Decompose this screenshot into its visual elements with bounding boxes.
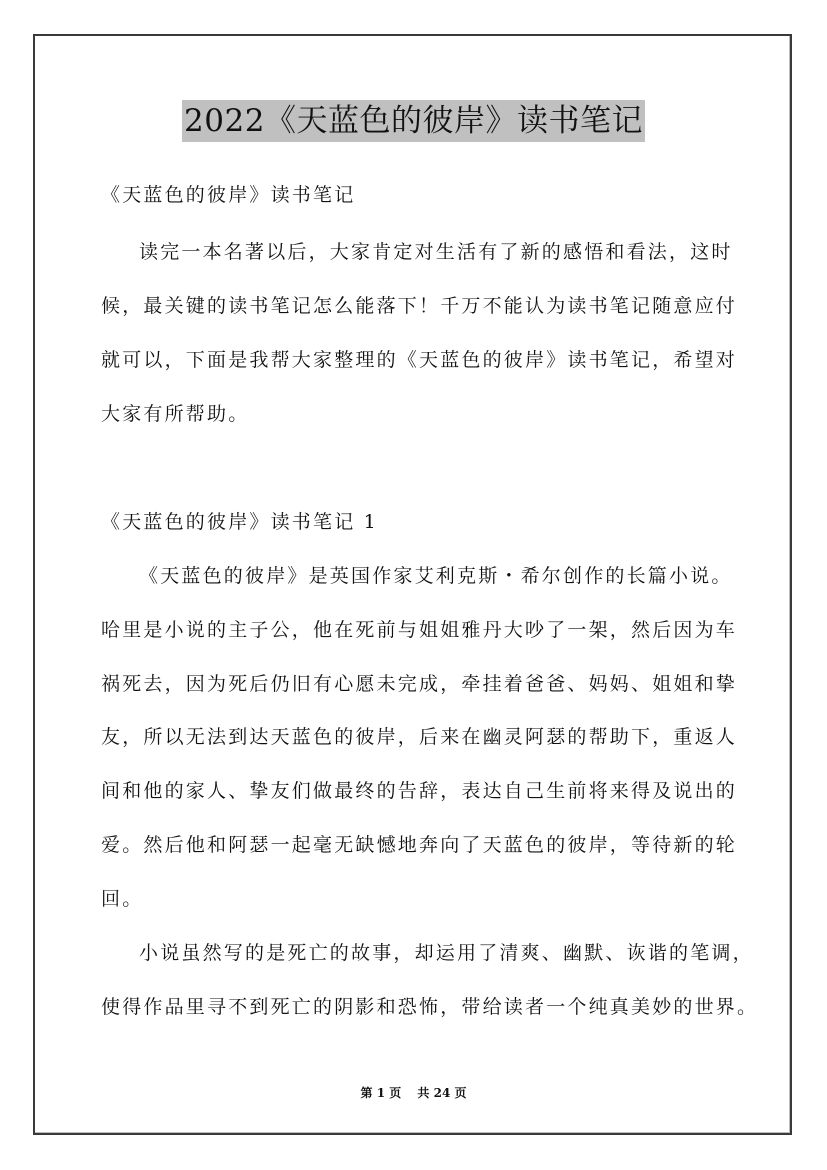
paragraph-line: 回。 [101,884,143,911]
paragraph-line: 友，所以无法到达天蓝色的彼岸，后来在幽灵阿瑟的帮助下，重返人 [101,722,737,749]
page-footer: 第 1 页 共 24 页 [0,1084,827,1101]
intro-line: 读完一本名著以后，大家肯定对生活有了新的感悟和看法，这时 [139,237,733,264]
title-container: 2022《天蓝色的彼岸》读书笔记 [0,100,827,142]
intro-line: 就可以，下面是我帮大家整理的《天蓝色的彼岸》读书笔记，希望对 [101,345,737,372]
page-total: 共 24 页 [417,1086,466,1100]
section-heading: 《天蓝色的彼岸》读书笔记 1 [101,507,378,534]
paragraph-line: 祸死去，因为死后仍旧有心愿未完成，牵挂着爸爸、妈妈、姐姐和挚 [101,669,737,696]
page-number: 第 1 页 [361,1086,402,1100]
paragraph-line: 使得作品里寻不到死亡的阴影和恐怖，带给读者一个纯真美妙的世界。 [101,992,758,1019]
paragraph-line: 《天蓝色的彼岸》是英国作家艾利克斯・希尔创作的长篇小说。 [139,561,733,588]
paragraph-line: 小说虽然写的是死亡的故事，却运用了清爽、幽默、诙谐的笔调， [139,938,754,965]
intro-line: 大家有所帮助。 [101,399,249,426]
subtitle: 《天蓝色的彼岸》读书笔记 [101,180,355,207]
paragraph-line: 爱。然后他和阿瑟一起毫无缺憾地奔向了天蓝色的彼岸，等待新的轮 [101,830,737,857]
document-title: 2022《天蓝色的彼岸》读书笔记 [182,100,645,142]
paragraph-line: 哈里是小说的主子公，他在死前与姐姐雅丹大吵了一架，然后因为车 [101,615,737,642]
intro-line: 候，最关键的读书笔记怎么能落下！千万不能认为读书笔记随意应付 [101,291,737,318]
paragraph-line: 间和他的家人、挚友们做最终的告辞，表达自己生前将来得及说出的 [101,776,737,803]
